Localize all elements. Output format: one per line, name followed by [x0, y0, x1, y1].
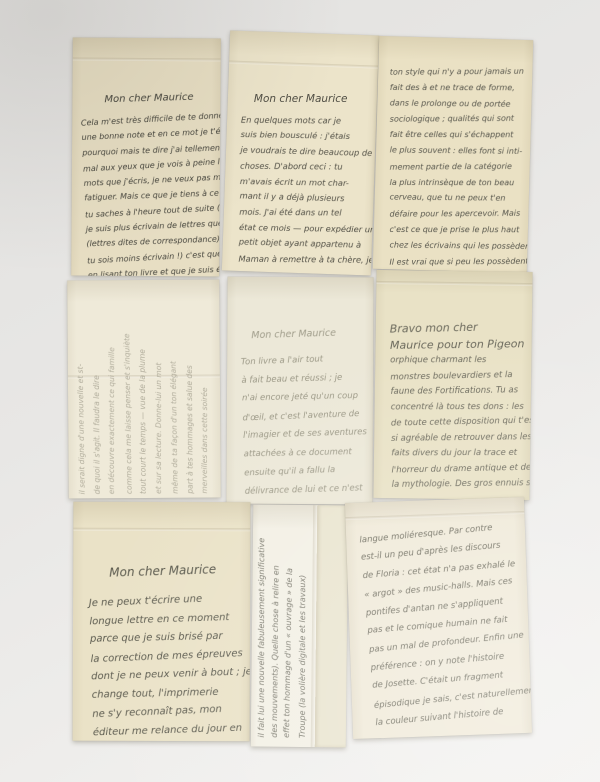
handwriting-lines: langue moliéresque. Par contreest-il un … [359, 517, 532, 732]
letter-sheet-middle-center: Mon cher Maurice Ton livre a l'air toutà… [226, 277, 373, 505]
handwriting-line: fait des à et ne trace de forme, [390, 80, 526, 96]
handwriting-line: faits divers du jour la trace et [391, 446, 527, 462]
handwriting-line: choses. D'abord ceci : tu [240, 159, 370, 176]
letter-sheet-top-right: ton style qui n'y a pour jamais unfait d… [373, 36, 533, 273]
handwriting-line: petit objet ayant appartenu à [239, 235, 369, 254]
letter-sheet-top-left: Mon cher Maurice Cela m'est très diffici… [71, 37, 221, 276]
handwriting-line: orphique charmant les [390, 353, 526, 369]
handwriting-line: sociologique ; qualités qui sont [390, 111, 526, 128]
letter-sheet-bottom-left: Mon cher Maurice Je ne peux t'écrire une… [73, 502, 251, 742]
handwriting-line: Bravo mon cher [390, 318, 526, 338]
letter-sheet-middle-right: Bravo mon cherMaurice pour ton Pigeonorp… [373, 270, 532, 500]
handwriting-line: l'horreur du drame antique et de [391, 460, 527, 478]
vertical-writing-block: il serait digne d'une nouvelle et st-de … [72, 284, 215, 495]
salutation-line: Mon cher Maurice [109, 562, 216, 579]
handwriting-line: En quelques mots car je [241, 113, 371, 130]
letter-sheet-bottom-right: langue moliéresque. Par contreest-il un … [345, 497, 532, 739]
handwriting-line: ton style qui n'y a pour jamais un [390, 64, 526, 81]
letter-sheet-top-middle: Mon cher Maurice En quelques mots car je… [222, 30, 379, 275]
handwriting-line: la mythologie. Des gros ennuis s'ajouten… [392, 476, 528, 493]
handwriting-lines: il serait digne d'une nouvelle et st-de … [72, 284, 213, 495]
fold-crease [229, 60, 378, 68]
handwriting-line: c'est ce que je prise le plus haut [390, 222, 526, 238]
handwriting-line: et sur sa lecture. Donne-lui un mot [150, 284, 166, 494]
handwriting-line: en découvre exactement ce qui famille [104, 284, 120, 494]
vertical-writing-block: il fait lui une nouvelle fabuleusement s… [254, 516, 312, 739]
handwriting-line: concentré là tous tes dons : les [391, 399, 527, 415]
handwriting-line: mement partie de la catégorie [390, 158, 526, 175]
fold-crease [73, 57, 221, 61]
letter-sheet-bottom-middle: il fait lui une nouvelle fabuleusement s… [251, 505, 349, 748]
handwriting-line: cerveau, que tu ne peux t'en [390, 190, 526, 207]
handwriting-lines: ton style qui n'y a pour jamais unfait d… [389, 64, 525, 270]
handwriting-line: défaire pour les apercevoir. Mais [390, 206, 526, 223]
handwriting-line: la plus intrinsèque de ton beau [390, 175, 526, 191]
handwriting-line: Maman à remettre à ta chère, je [238, 251, 368, 268]
letter-sheet-middle-left: il serait digne d'une nouvelle et st-de … [67, 279, 221, 498]
handwriting-line: Il est vrai que si peu les possèdent. [389, 253, 525, 270]
handwriting-line: Maurice pour ton Pigeon [390, 335, 526, 354]
handwriting-line: il fait lui une nouvelle fabuleusement s… [255, 516, 269, 738]
handwriting-line: même de ta façon d'un ton élégant [164, 284, 183, 494]
salutation-line: Mon cher Maurice [251, 328, 336, 342]
handwriting-lines: Bravo mon cherMaurice pour ton Pigeonorp… [390, 318, 528, 493]
handwriting-line: mois. J'ai été dans un tel [239, 205, 369, 222]
fold-panel [315, 505, 349, 747]
handwriting-line: il serait digne d'une nouvelle et st- [71, 284, 90, 494]
handwriting-lines: Je ne peux t'écrire unelongue lettre en … [89, 590, 247, 742]
fold-crease [376, 281, 532, 286]
handwriting-line: faune des Fortifications. Tu as [390, 383, 526, 400]
handwriting-lines: il fait lui une nouvelle fabuleusement s… [254, 516, 310, 739]
handwriting-line: de toute cette disposition qui t'est [391, 414, 527, 432]
handwriting-line: chez les écrivains qui les possèdent. [389, 237, 525, 254]
handwriting-line: merveilles dans cette soirée [197, 284, 213, 494]
handwriting-line: part à tes hommages et salue des [181, 284, 198, 494]
handwriting-line: monstres boulevardiers et la [390, 367, 526, 385]
handwriting-lines: Ton livre a l'air toutà fait beau et réu… [241, 349, 371, 501]
handwriting-line: comme cela me laisse penser et s'inquièt… [118, 284, 137, 494]
handwriting-lines: Cela m'est très difficile de te donnerun… [81, 109, 218, 276]
fold-crease [73, 528, 250, 532]
handwriting-lines: En quelques mots car jesuis bien bouscul… [238, 112, 371, 268]
handwriting-line: de quoi il s'agit. Il faudra le dire [88, 284, 105, 494]
handwriting-line: Troupe (la volière digitale et les trava… [295, 516, 309, 738]
salutation-line: Mon cher Maurice [104, 92, 193, 105]
handwriting-line: tout court le temps — vue de la plume [134, 284, 151, 494]
handwriting-line: dans le prolonge ou de portée [390, 95, 526, 112]
salutation-line: Mon cher Maurice [254, 93, 348, 105]
handwriting-line: fait être celles qui s'échappent [390, 127, 526, 143]
handwriting-line: si agréable de retrouver dans les [391, 430, 527, 447]
handwriting-line: le plus souvent : elles font si inti- [390, 142, 526, 159]
letters-photograph: Mon cher Maurice Cela m'est très diffici… [0, 0, 600, 782]
